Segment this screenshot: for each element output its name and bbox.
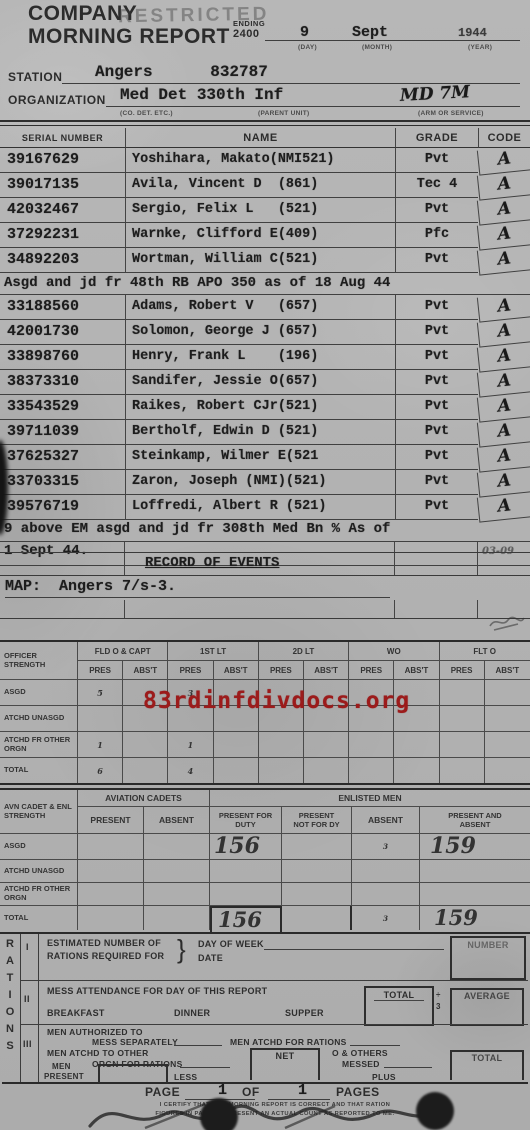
enlisted-strength-table: AVN CADET & ENL STRENGTH AVIATION CADETS… — [0, 788, 530, 934]
officer-value — [485, 706, 530, 732]
row-label: TOTAL — [0, 758, 78, 783]
row-label: ATCHD FR OTHER ORGN — [0, 883, 78, 906]
month-label: (MONTH) — [362, 44, 392, 51]
officer-value — [259, 732, 304, 758]
enl-strength-header: AVN CADET & ENL STRENGTH — [0, 790, 78, 834]
abst-header: ABS'T — [485, 661, 530, 680]
plus-label: PLUS — [372, 1072, 396, 1082]
date-label: DATE — [198, 953, 223, 963]
col-present-not-for-dy: PRESENT NOT FOR DY — [282, 807, 352, 834]
date-day: 9 — [300, 24, 309, 41]
col-present-and-absent: PRESENT AND ABSENT — [420, 807, 530, 834]
officer-value — [485, 732, 530, 758]
divider-rule — [0, 120, 530, 126]
roster-name: Warnke, Clifford E(409) — [125, 223, 395, 248]
punch-hole-right — [416, 1092, 454, 1130]
enl-value — [420, 860, 530, 883]
officer-strength-header: OFFICER STRENGTH — [0, 642, 78, 680]
officer-value — [78, 706, 123, 732]
roster-serial: 42032467 — [0, 198, 125, 223]
officer-value — [214, 758, 259, 783]
rations1-line1: ESTIMATED NUMBER OF — [47, 938, 161, 948]
col-header-serial: SERIAL NUMBER — [0, 128, 125, 148]
officer-value — [349, 758, 394, 783]
roster-serial: 42001730 — [0, 320, 125, 345]
roster-name: Steinkamp, Wilmer E(521 — [125, 445, 395, 470]
enl-value — [210, 860, 282, 883]
officer-value: 1 — [78, 732, 123, 758]
group-wo: WO — [349, 642, 439, 661]
enl-value — [352, 883, 420, 906]
col-present: PRESENT — [78, 807, 144, 834]
roster-table: SERIAL NUMBER NAME GRADE CODE 39167629 Y… — [0, 128, 530, 566]
of-label: OF — [242, 1085, 260, 1099]
row-label: ATCHD UNASGD — [0, 860, 78, 883]
pages-number: 1 — [298, 1082, 307, 1099]
rations-section: RATIONS I ESTIMATED NUMBER OF RATIONS RE… — [2, 932, 528, 1084]
group-fld-o-capt: FLD O & CAPT — [78, 642, 168, 661]
breakfast-label: BREAKFAST — [47, 1008, 105, 1018]
officer-value — [123, 732, 168, 758]
roster-grade: Pvt — [395, 148, 478, 173]
officer-value — [394, 732, 439, 758]
pres-header: PRES — [78, 661, 123, 680]
divisor: 3 — [436, 1002, 441, 1011]
abst-header: ABS'T — [304, 661, 349, 680]
roster-serial: 39167629 — [0, 148, 125, 173]
officer-value — [440, 706, 485, 732]
roster-serial: 39576719 — [0, 495, 125, 520]
enl-value: 3 — [352, 906, 420, 930]
pres-header: PRES — [259, 661, 304, 680]
enl-value — [282, 883, 352, 906]
group-2d-lt: 2D LT — [259, 642, 349, 661]
signature — [85, 1102, 435, 1130]
roster-grade: Pvt — [395, 495, 478, 520]
roster-name: Solomon, George J (657) — [125, 320, 395, 345]
men-present-box — [98, 1064, 168, 1083]
officer-value — [259, 758, 304, 783]
total-box-3: TOTAL — [450, 1050, 524, 1080]
divide-sign: ÷ — [436, 990, 441, 999]
roster-serial: 33898760 — [0, 345, 125, 370]
average-box-label: AVERAGE — [452, 991, 522, 1001]
supper-label: SUPPER — [285, 1008, 324, 1018]
messed-label: MESSED — [342, 1059, 380, 1069]
enl-value — [282, 860, 352, 883]
row-label: ATCHD UNASGD — [0, 706, 78, 732]
roster-grade: Pvt — [395, 370, 478, 395]
enl-value — [282, 906, 352, 930]
roster-code: A — [477, 492, 530, 522]
roster-grade: Pvt — [395, 345, 478, 370]
section1-numeral: I — [26, 942, 29, 952]
record-of-events-section: RECORD OF EVENTS MAP: Angers 7/s-3. — [0, 552, 530, 619]
roster-name: Sergio, Felix L (521) — [125, 198, 395, 223]
pres-header: PRES — [349, 661, 394, 680]
row-label: ATCHD FR OTHER ORGN — [0, 732, 78, 758]
group-1st-lt: 1ST LT — [168, 642, 258, 661]
roster-grade: Pvt — [395, 295, 478, 320]
roster-serial: 39017135 — [0, 173, 125, 198]
officer-value — [440, 732, 485, 758]
morning-report-document: COMPANY RESTRICTED MORNING REPORT ENDING… — [0, 0, 530, 1130]
roster-grade: Pvt — [395, 248, 478, 273]
roster-name: Bertholf, Edwin D (521) — [125, 420, 395, 445]
present-label: PRESENT — [44, 1072, 84, 1081]
punch-hole-left — [200, 1098, 238, 1130]
title-line2: MORNING REPORT — [28, 25, 230, 49]
dinner-label: DINNER — [174, 1008, 210, 1018]
roster-grade: Pvt — [395, 420, 478, 445]
men-atchd-for-rations: MEN ATCHD FOR RATIONS — [230, 1037, 347, 1047]
roster-serial: 33703315 — [0, 470, 125, 495]
organization-label: ORGANIZATION — [8, 93, 106, 107]
net-box: NET — [250, 1048, 320, 1080]
enl-value — [78, 834, 144, 860]
abst-header: ABS'T — [394, 661, 439, 680]
number-box-label: NUMBER — [452, 940, 524, 950]
pres-header: PRES — [440, 661, 485, 680]
pres-header: PRES — [168, 661, 213, 680]
enl-value — [282, 834, 352, 860]
roster-name: Adams, Robert V (657) — [125, 295, 395, 320]
abst-header: ABS'T — [123, 661, 168, 680]
enl-value — [78, 860, 144, 883]
men-authorized: MEN AUTHORIZED TO — [47, 1027, 143, 1037]
mess-separately: MESS SEPARATELY — [92, 1037, 178, 1047]
men-atchd-other: MEN ATCHD TO OTHER — [47, 1048, 149, 1058]
roster-name: Henry, Frank L (196) — [125, 345, 395, 370]
pages-label: PAGES — [336, 1085, 380, 1099]
enl-value: 159 — [420, 906, 530, 930]
enl-value: 156 — [210, 834, 282, 860]
roster-name: Zaron, Joseph (NMI)(521) — [125, 470, 395, 495]
roster-grade: Pvt — [395, 395, 478, 420]
day-of-week-label: DAY OF WEEK — [198, 939, 264, 949]
net-box-label: NET — [252, 1051, 318, 1061]
enl-value — [144, 860, 210, 883]
total-box-label: TOTAL — [374, 990, 424, 1001]
enl-value — [144, 834, 210, 860]
officer-value — [485, 680, 530, 706]
officer-value: 4 — [168, 758, 213, 783]
enl-value — [144, 906, 210, 930]
date-year: 1944 — [458, 26, 487, 40]
roster-name: Raikes, Robert CJr(521) — [125, 395, 395, 420]
officer-value — [304, 732, 349, 758]
enl-value — [352, 860, 420, 883]
roster-note-308th: 9 above EM asgd and jd fr 308th Med Bn %… — [0, 520, 530, 542]
officer-value — [440, 680, 485, 706]
number-box: NUMBER — [450, 936, 526, 980]
map-line: MAP: Angers 7/s-3. — [5, 578, 176, 595]
col-absent: ABSENT — [144, 807, 210, 834]
roster-name: Wortman, William C(521) — [125, 248, 395, 273]
enl-value: 3 — [352, 834, 420, 860]
co-det-label: (CO. DET. ETC.) — [120, 110, 173, 117]
roster-grade: Pvt — [395, 445, 478, 470]
brace: } — [177, 934, 186, 965]
roster-serial: 39711039 — [0, 420, 125, 445]
enl-value — [210, 883, 282, 906]
station-label: STATION — [8, 70, 62, 84]
less-label: LESS — [174, 1072, 197, 1082]
roster-serial: 33188560 — [0, 295, 125, 320]
roster-grade: Pvt — [395, 470, 478, 495]
officer-value — [123, 758, 168, 783]
roster-note-48th-rb: Asgd and jd fr 48th RB APO 350 as of 18 … — [0, 273, 530, 295]
officer-value — [349, 732, 394, 758]
roster-grade: Pvt — [395, 320, 478, 345]
watermark: 83rdinfdivdocs.org — [143, 688, 410, 714]
officer-value — [214, 732, 259, 758]
group-enlisted-men: ENLISTED MEN — [210, 790, 530, 807]
arm-service-label: (ARM OR SERVICE) — [418, 110, 484, 117]
row-label: ASGD — [0, 680, 78, 706]
total-box: TOTAL — [364, 986, 434, 1026]
col-absent-em: ABSENT — [352, 807, 420, 834]
roster-name: Loffredi, Albert R (521) — [125, 495, 395, 520]
ending-time: 2400 — [233, 28, 259, 40]
ending-label: ENDING — [233, 19, 265, 28]
date-month: Sept — [352, 24, 388, 41]
officer-value — [304, 758, 349, 783]
page-number: 1 — [218, 1082, 227, 1099]
average-box: AVERAGE — [450, 988, 524, 1026]
parent-unit-label: (PARENT UNIT) — [258, 110, 309, 117]
row-label: ASGD — [0, 834, 78, 860]
station-value: Angers 832787 — [95, 63, 268, 81]
roster-serial: 38373310 — [0, 370, 125, 395]
enl-value — [78, 906, 144, 930]
roster-name: Yoshihara, Makato(NMI521) — [125, 148, 395, 173]
organization-value: Med Det 330th Inf — [120, 86, 283, 104]
roster-serial: 33543529 — [0, 395, 125, 420]
officer-value: 6 — [78, 758, 123, 783]
col-present-for-duty: PRESENT FOR DUTY — [210, 807, 282, 834]
pencil-scribble — [488, 612, 526, 634]
officer-value: 1 — [168, 732, 213, 758]
rations1-line2: RATIONS REQUIRED FOR — [47, 951, 164, 961]
day-label: (DAY) — [298, 44, 317, 51]
roster-grade: Tec 4 — [395, 173, 478, 198]
group-aviation-cadets: AVIATION CADETS — [78, 790, 210, 807]
roster-name: Avila, Vincent D (861) — [125, 173, 395, 198]
col-header-grade: GRADE — [395, 128, 478, 148]
officer-value — [394, 758, 439, 783]
roster-serial: 34892203 — [0, 248, 125, 273]
roster-serial: 37292231 — [0, 223, 125, 248]
arm-service-value: MD 7M — [400, 82, 471, 106]
abst-header: ABS'T — [214, 661, 259, 680]
enl-value — [78, 883, 144, 906]
enl-value — [420, 883, 530, 906]
col-header-name: NAME — [125, 128, 395, 148]
rations-vertical-label: RATIONS — [4, 938, 16, 1057]
section3-numeral: III — [23, 1039, 32, 1049]
enl-value — [144, 883, 210, 906]
roster-grade: Pfc — [395, 223, 478, 248]
section2-numeral: II — [24, 994, 30, 1004]
total-box-3-label: TOTAL — [452, 1053, 522, 1063]
mess-attendance-title: MESS ATTENDANCE FOR DAY OF THIS REPORT — [47, 986, 267, 996]
officer-value — [440, 758, 485, 783]
roster-serial: 37625327 — [0, 445, 125, 470]
page-label: PAGE — [145, 1085, 180, 1099]
men-label: MEN — [52, 1062, 71, 1071]
officer-value — [485, 758, 530, 783]
row-label: TOTAL — [0, 906, 78, 930]
year-label: (YEAR) — [468, 44, 492, 51]
roster-code: A — [477, 245, 530, 275]
roster-grade: Pvt — [395, 198, 478, 223]
o-and-others: O & OTHERS — [332, 1048, 388, 1058]
roster-name: Sandifer, Jessie O(657) — [125, 370, 395, 395]
enl-value: 156 — [210, 906, 282, 932]
officer-value: 5 — [78, 680, 123, 706]
group-flt-o: FLT O — [440, 642, 530, 661]
record-of-events-title: RECORD OF EVENTS — [145, 555, 279, 571]
enl-value: 159 — [420, 834, 530, 860]
